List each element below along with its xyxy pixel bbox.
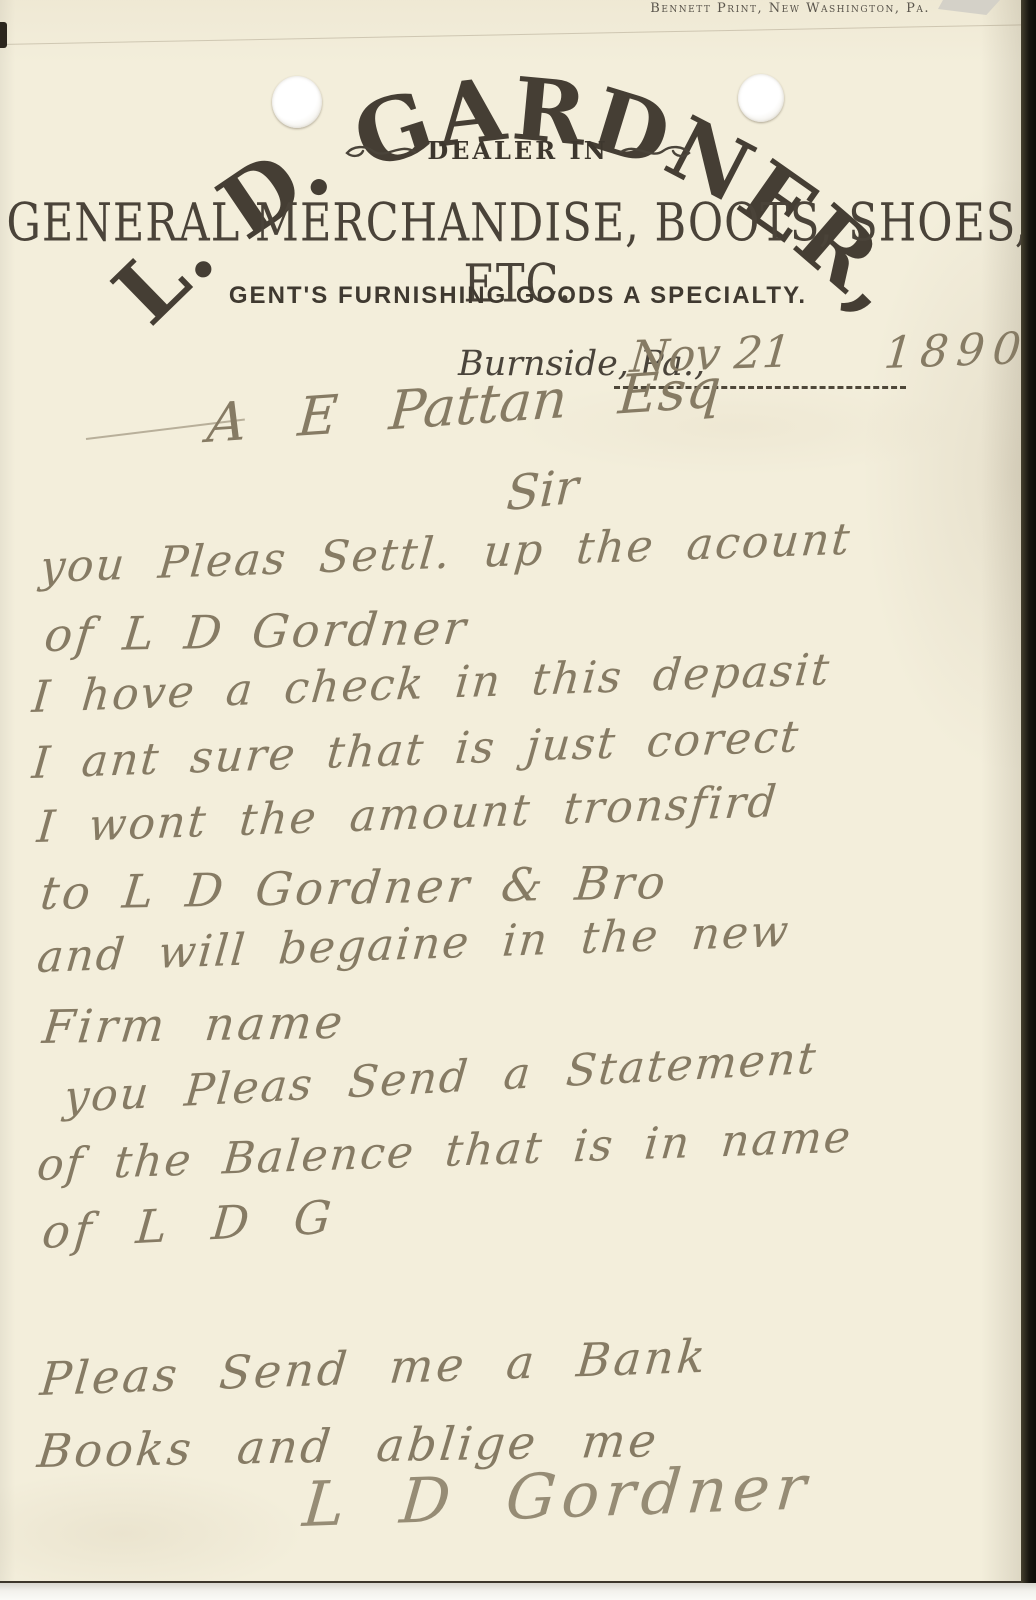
body-line: you Pleas Settl. up the acount xyxy=(38,514,853,593)
closing-line: Pleas Send me a Bank xyxy=(38,1329,710,1406)
dealer-in-row: DEALER IN xyxy=(0,136,1036,165)
body-line: of the Balence that is in name xyxy=(35,1112,854,1191)
body-line: I wont the amount tronsfird xyxy=(35,776,780,853)
scan-edge-bottom xyxy=(0,1583,1036,1600)
punch-hole-right xyxy=(738,74,784,122)
body-line: I ant sure that is just corect xyxy=(30,711,802,789)
scanned-letter-page: { "printer_mark": "Bennett Print, New Wa… xyxy=(0,0,1036,1600)
punch-hole-left xyxy=(272,76,322,128)
body-line: to L D Gordner & Bro xyxy=(38,855,671,920)
scan-edge-right xyxy=(1021,0,1036,1584)
body-line: of L D G xyxy=(40,1190,337,1259)
body-line: of L D Gordner xyxy=(42,601,471,662)
flourish-right-icon xyxy=(619,140,691,162)
body-line: Firm name xyxy=(40,995,348,1054)
flourish-left-icon xyxy=(345,140,417,162)
dateline-year: 1890 xyxy=(882,323,1031,379)
specialty-line: GENT'S FURNISHING GOODS A SPECIALTY. xyxy=(0,282,1036,310)
salutation: Sir xyxy=(505,459,580,522)
paper-sheet: Bennett Print, New Washington, Pa. L. D.… xyxy=(0,0,1022,1584)
dealer-in-label: DEALER IN xyxy=(427,136,608,165)
